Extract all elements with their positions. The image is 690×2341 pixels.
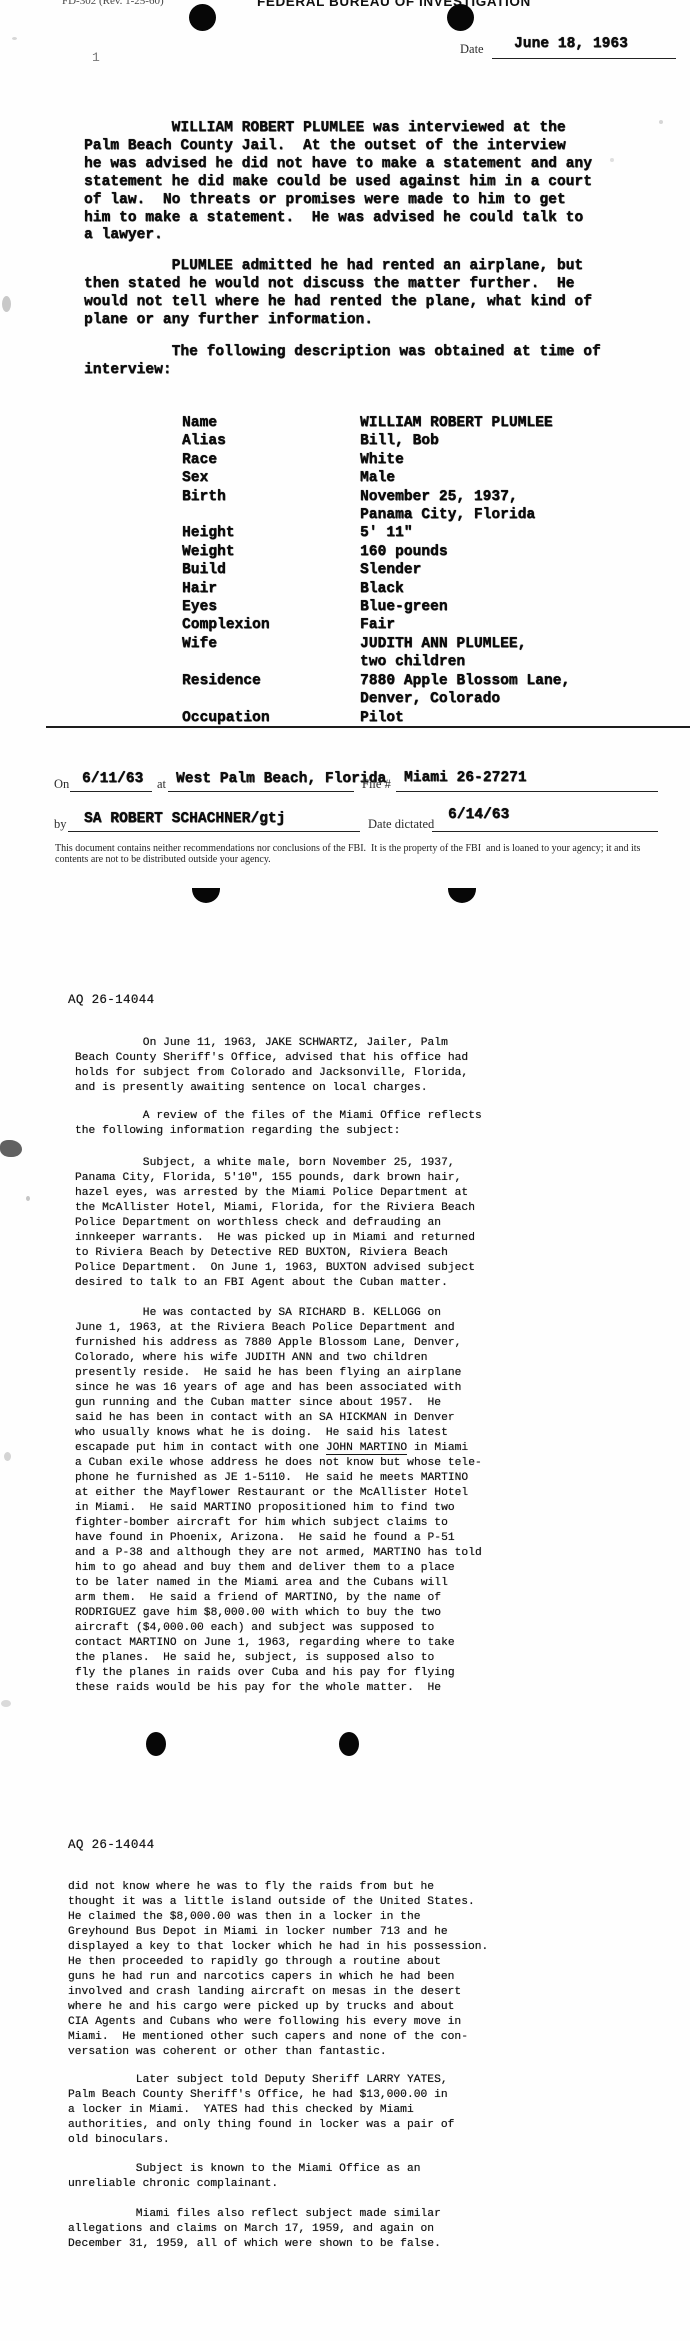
file-underline <box>396 791 658 792</box>
punch-hole-icon <box>448 888 476 903</box>
at-underline <box>168 791 354 792</box>
desc-row-sex: SexMale <box>182 469 570 487</box>
scan-artifact <box>659 120 663 124</box>
disclaimer-text: This document contains neither recommend… <box>55 844 641 866</box>
scan-artifact <box>1 1700 11 1707</box>
complainant-paragraph: Subject is known to the Miami Office as … <box>68 2162 421 2192</box>
desc-row-birth: BirthNovember 25, 1937, Panama City, Flo… <box>182 488 570 525</box>
desc-row-hair: HairBlack <box>182 580 570 598</box>
on-underline <box>70 791 152 792</box>
on-label: On <box>54 777 69 792</box>
interview-paragraph-1: WILLIAM ROBERT PLUMLEE was interviewed a… <box>84 120 592 245</box>
scan-artifact <box>0 1140 22 1157</box>
raids-locker-paragraph: did not know where he was to fly the rai… <box>68 1880 488 2060</box>
date-label: Date <box>460 42 484 57</box>
desc-row-build: BuildSlender <box>182 561 570 579</box>
fd-form-number: FD-302 (Rev. 1-25-60) <box>62 0 164 7</box>
desc-row-height: Height5' 11" <box>182 524 570 542</box>
desc-row-residence: Residence7880 Apple Blossom Lane, Denver… <box>182 672 570 709</box>
case-number: AQ 26-14044 <box>68 993 154 1008</box>
by-underline <box>68 831 360 832</box>
desc-row-occupation: OccupationPilot <box>182 709 570 727</box>
case-number: AQ 26-14044 <box>68 1838 154 1853</box>
scan-artifact <box>12 37 17 40</box>
scan-artifact <box>610 158 614 162</box>
scan-artifact <box>26 1196 30 1201</box>
paragraph-text: He was contacted by SA RICHARD B. KELLOG… <box>75 1307 461 1454</box>
yates-paragraph: Later subject told Deputy Sheriff LARRY … <box>68 2073 454 2148</box>
jail-hold-paragraph: On June 11, 1963, JAKE SCHWARTZ, Jailer,… <box>75 1036 468 1096</box>
on-value: 6/11/63 <box>82 771 143 789</box>
underlined-name: JOHN MARTINO <box>326 1442 407 1455</box>
stray-pencil-mark: 1 <box>92 50 100 65</box>
files-review-paragraph: A review of the files of the Miami Offic… <box>75 1109 482 1139</box>
document-scan: FD-302 (Rev. 1-25-60) FEDERAL BUREAU OF … <box>0 0 690 2341</box>
desc-row-complexion: ComplexionFair <box>182 616 570 634</box>
by-value: SA ROBERT SCHACHNER/gtj <box>84 811 285 829</box>
date-dictated-value: 6/14/63 <box>448 807 509 825</box>
file-number-value: Miami 26-27271 <box>404 770 527 788</box>
desc-row-eyes: EyesBlue-green <box>182 598 570 616</box>
scan-artifact <box>4 1452 11 1461</box>
false-claims-paragraph: Miami files also reflect subject made si… <box>68 2207 441 2252</box>
subject-arrest-paragraph: Subject, a white male, born November 25,… <box>75 1156 475 1291</box>
by-label: by <box>54 817 67 832</box>
interview-paragraph-3: The following description was obtained a… <box>84 344 601 380</box>
desc-row-weight: Weight160 pounds <box>182 543 570 561</box>
punch-hole-icon <box>189 4 216 31</box>
file-number-label: File # <box>362 777 391 792</box>
scan-artifact <box>2 296 11 312</box>
interview-paragraph-2: PLUMLEE admitted he had rented an airpla… <box>84 258 592 330</box>
desc-row-name: NameWILLIAM ROBERT PLUMLEE <box>182 414 570 432</box>
punch-hole-icon <box>192 888 220 903</box>
fbi-header: FEDERAL BUREAU OF INVESTIGATION <box>257 0 531 9</box>
separator-rule <box>46 726 690 728</box>
dictated-underline <box>432 831 658 832</box>
desc-row-alias: AliasBill, Bob <box>182 432 570 450</box>
date-underline <box>492 58 676 59</box>
description-table: NameWILLIAM ROBERT PLUMLEE AliasBill, Bo… <box>182 414 570 727</box>
desc-row-wife: WifeJUDITH ANN PLUMLEE, two children <box>182 635 570 672</box>
date-dictated-label: Date dictated <box>368 817 434 832</box>
paragraph-text: in Miami a Cuban exile whose address he … <box>75 1442 482 1694</box>
date-value: June 18, 1963 <box>514 36 628 54</box>
punch-hole-icon <box>146 1732 166 1756</box>
punch-hole-icon <box>339 1732 359 1756</box>
punch-hole-icon <box>447 4 474 31</box>
at-label: at <box>157 777 166 792</box>
at-value: West Palm Beach, Florida <box>176 771 386 789</box>
desc-row-race: RaceWhite <box>182 451 570 469</box>
kellogg-interview-paragraph: He was contacted by SA RICHARD B. KELLOG… <box>75 1306 482 1696</box>
